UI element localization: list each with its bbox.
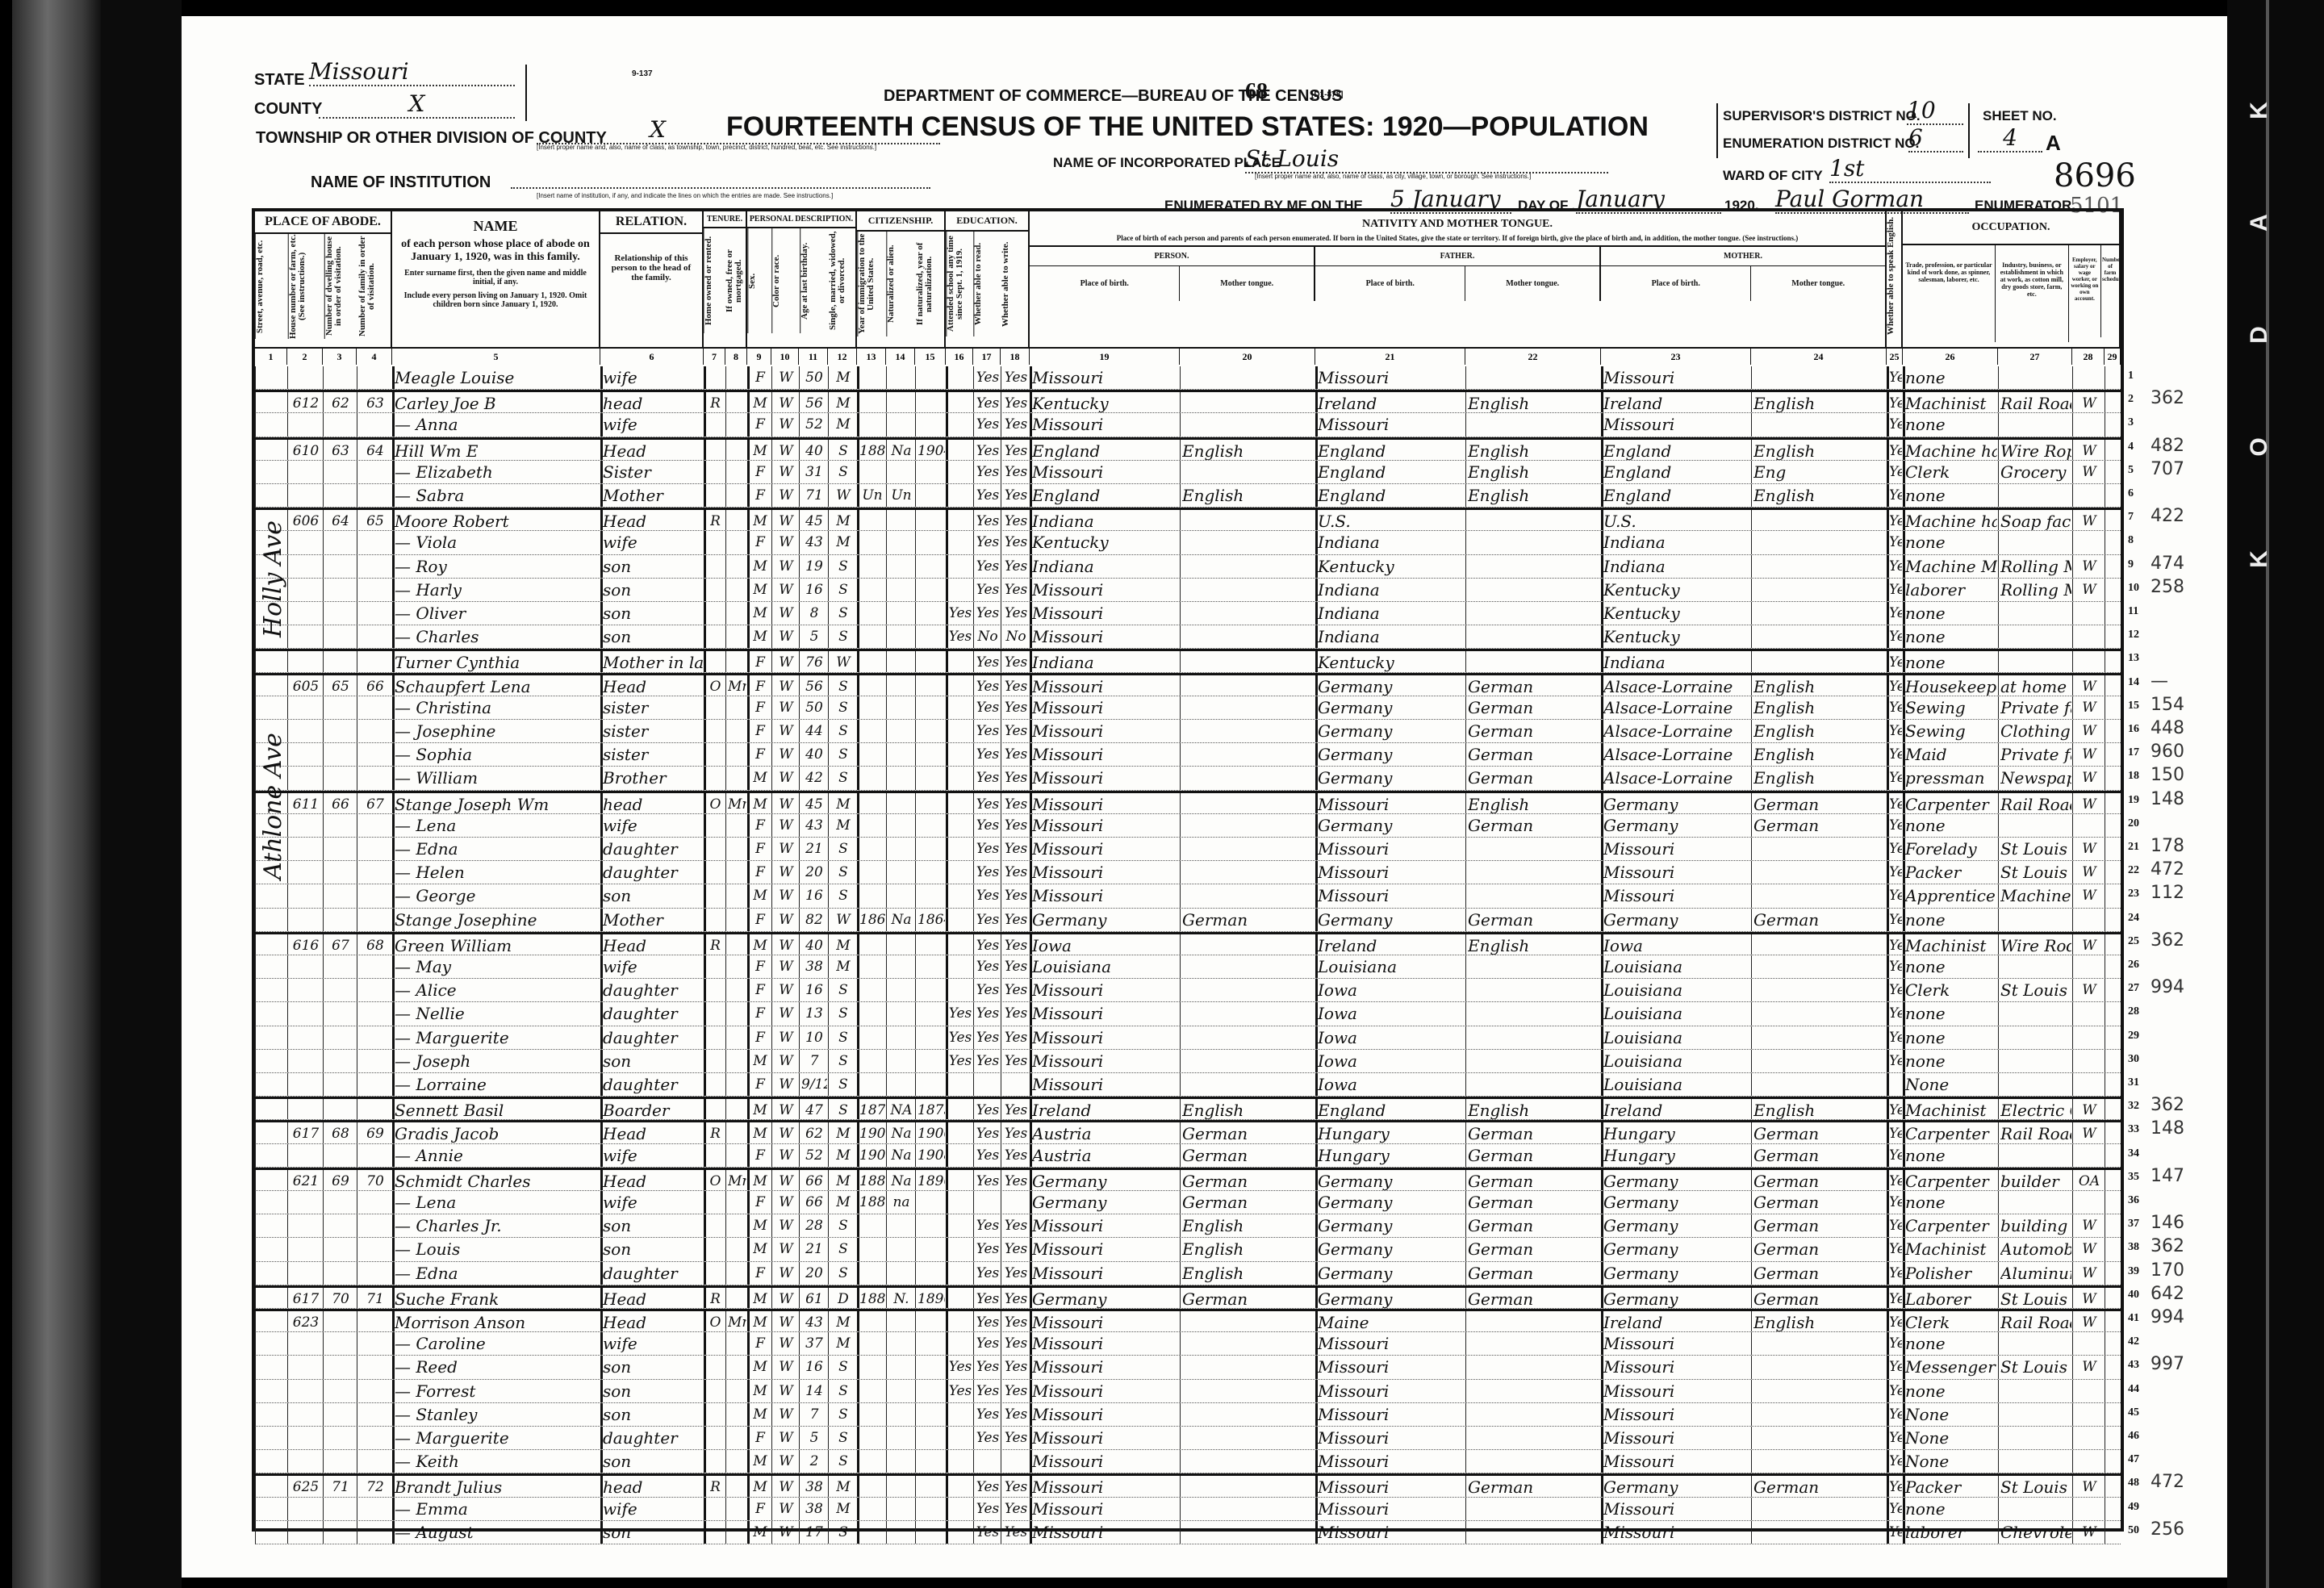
cell-trade: Carpenter <box>1905 793 1997 813</box>
cell-mbp: England <box>1603 484 1750 507</box>
cell-rel: daughter <box>603 1002 703 1025</box>
cell-cls: W <box>2075 861 2104 884</box>
cell-read: Yes <box>976 651 1000 671</box>
cell-name: Morrison Anson <box>395 1311 600 1331</box>
cell-own: R <box>706 392 725 412</box>
cell-name: — Christina <box>395 696 600 719</box>
cell-write: Yes <box>1003 1026 1029 1049</box>
cell-write: Yes <box>1003 1311 1029 1331</box>
cell-read: Yes <box>976 461 1000 483</box>
cell-write: Yes <box>1003 696 1029 719</box>
cell-fmt: German <box>1468 1476 1600 1496</box>
cell-mbp: Missouri <box>1603 1450 1750 1473</box>
cell-eng: Yes <box>1889 651 1902 671</box>
cell-mt: German <box>1182 1191 1315 1214</box>
film-brand-letter: D <box>2246 303 2273 367</box>
cell-age: 10 <box>801 1026 827 1049</box>
cell-name: — Josephine <box>395 720 600 742</box>
cell-trade: Sewing <box>1905 696 1997 719</box>
line-number: 10 <box>2128 582 2139 595</box>
cell-ms: S <box>830 1427 856 1449</box>
cell-rel: head <box>603 392 703 412</box>
cell-bp: Missouri <box>1032 579 1179 601</box>
cell-imm: Un <box>859 484 885 507</box>
column-number: 21 <box>1315 347 1465 365</box>
cell-ms: S <box>830 440 856 460</box>
cell-sex: M <box>750 510 771 530</box>
cell-bp: Missouri <box>1032 720 1179 742</box>
table-row: — HelendaughterFW20SYesYesMissouriMissou… <box>255 861 2121 884</box>
cell-ms: S <box>830 555 856 578</box>
film-shadow-left <box>101 0 182 1588</box>
cell-name: Turner Cynthia <box>395 651 600 671</box>
line-number: 48 <box>2128 1477 2139 1490</box>
cell-ms: S <box>830 1214 856 1237</box>
cell-ms: M <box>830 1498 856 1520</box>
cell-bp: Missouri <box>1032 793 1179 813</box>
cell-eng: Yes <box>1889 440 1902 460</box>
cell-fbp: Missouri <box>1318 413 1465 436</box>
cell-ms: W <box>830 909 856 931</box>
ward-label: WARD OF CITY <box>1723 168 1823 184</box>
cell-write: Yes <box>1003 602 1029 625</box>
cell-house: 605 <box>290 675 322 696</box>
cell-bp: Missouri <box>1032 696 1179 719</box>
cell-imm: 1880 <box>859 1170 885 1190</box>
cell-read: Yes <box>976 531 1000 554</box>
cell-race: W <box>774 743 798 766</box>
cell-natyr: 1906 <box>917 1122 945 1143</box>
cell-ind: Clothing Store <box>2000 720 2071 742</box>
cell-rel: son <box>603 1356 703 1378</box>
column-number: 22 <box>1465 347 1601 365</box>
line-number: 39 <box>2128 1265 2139 1278</box>
cell-race: W <box>774 934 798 955</box>
cell-mt: German <box>1182 1288 1315 1308</box>
cell-bp: Germany <box>1032 1288 1179 1308</box>
cell-trade: Clerk <box>1905 461 1997 483</box>
cell-age: 66 <box>801 1170 827 1190</box>
cell-ms: M <box>830 934 856 955</box>
cell-ms: M <box>830 510 856 530</box>
cell-nat: Na <box>888 909 914 931</box>
cell-trade: None <box>1905 1450 1997 1473</box>
cell-read: Yes <box>976 814 1000 837</box>
table-row: — SabraMotherFW71WUnUnYesYesEnglandEngli… <box>255 484 2121 508</box>
cell-sex: F <box>750 1002 771 1025</box>
cell-sex: F <box>750 1498 771 1520</box>
cell-sex: F <box>750 909 771 931</box>
line-number: 20 <box>2128 817 2139 830</box>
table-row: 6126263Carley Joe BheadRMW56MYesYesKentu… <box>255 390 2121 413</box>
column-number: 20 <box>1180 347 1315 365</box>
cell-rel: son <box>603 1238 703 1260</box>
cell-name: — Charles Jr. <box>395 1214 600 1237</box>
institution-value <box>511 187 930 189</box>
cell-age: 37 <box>801 1332 827 1355</box>
cell-bp: Germany <box>1032 909 1179 931</box>
cell-write: Yes <box>1003 720 1029 742</box>
cell-name: — Emma <box>395 1498 600 1520</box>
cell-bp: Missouri <box>1032 1521 1179 1544</box>
column-number: 14 <box>886 347 915 365</box>
cell-read: Yes <box>976 1238 1000 1260</box>
cell-ms: S <box>830 767 856 789</box>
cell-bp: Louisiana <box>1032 955 1179 978</box>
cell-sex: F <box>750 955 771 978</box>
cell-family: 63 <box>359 392 391 412</box>
form-code: [D1-878] <box>1311 90 1343 99</box>
cell-eng: Yes <box>1889 1262 1902 1285</box>
cell-race: W <box>774 696 798 719</box>
cell-fmt: German <box>1468 743 1600 766</box>
cell-mmt: English <box>1753 392 1886 412</box>
cell-eng: Yes <box>1889 1288 1902 1308</box>
cell-write: Yes <box>1003 979 1029 1001</box>
enumeration-label: ENUMERATION DISTRICT NO. <box>1723 136 1919 152</box>
cell-fbp: Missouri <box>1318 1521 1465 1544</box>
margin-code: 258 <box>2151 577 2184 597</box>
cell-sex: F <box>750 675 771 696</box>
cell-ind: Wire Rope Co <box>2000 440 2071 460</box>
cell-fbp: Germany <box>1318 675 1465 696</box>
film-brand-letter: O <box>2246 415 2273 479</box>
cell-rel: Head <box>603 1311 703 1331</box>
cell-eng: Yes <box>1889 1476 1902 1496</box>
cell-race: W <box>774 1099 798 1119</box>
sheet-value: 4 <box>1978 124 2042 153</box>
column-number: 19 <box>1030 347 1180 365</box>
cell-rel: daughter <box>603 1262 703 1285</box>
line-number: 28 <box>2128 1005 2139 1018</box>
cell-sch: Yes <box>948 602 972 625</box>
cell-own: R <box>706 1288 725 1308</box>
cell-race: W <box>774 1026 798 1049</box>
cell-cls: W <box>2075 1238 2104 1260</box>
cell-nat: na <box>888 1191 914 1214</box>
cell-ind: Wire Rod Mfg Co <box>2000 934 2071 955</box>
header-education: EDUCATION. Attended school any time sinc… <box>946 211 1030 347</box>
cell-age: 8 <box>801 602 827 625</box>
cell-race: W <box>774 1122 798 1143</box>
table-row: 6177071Suche FrankHeadRMW61D1886N.1890Ye… <box>255 1285 2121 1309</box>
cell-house: 617 <box>290 1122 322 1143</box>
cell-rel: daughter <box>603 838 703 860</box>
cell-age: 19 <box>801 555 827 578</box>
cell-rel: wife <box>603 814 703 837</box>
cell-ms: S <box>830 625 856 648</box>
cell-read: Yes <box>976 838 1000 860</box>
cell-fbp: Ireland <box>1318 392 1465 412</box>
cell-mmt: English <box>1753 767 1886 789</box>
cell-ms: S <box>830 1238 856 1260</box>
cell-fbp: Germany <box>1318 743 1465 766</box>
cell-cls: W <box>2075 1476 2104 1496</box>
table-row: Stange JosephineMotherFW82W1860Na1864Yes… <box>255 909 2121 932</box>
cell-mmt: German <box>1753 1238 1886 1260</box>
cell-bp: Kentucky <box>1032 531 1179 554</box>
line-number: 29 <box>2128 1030 2139 1043</box>
cell-name: — Sophia <box>395 743 600 766</box>
cell-fbp: Missouri <box>1318 1498 1465 1520</box>
cell-sch: Yes <box>948 1026 972 1049</box>
cell-mbp: Germany <box>1603 1262 1750 1285</box>
cell-rel: wife <box>603 955 703 978</box>
cell-eng: Yes <box>1889 720 1902 742</box>
cell-ind: Grocery <box>2000 461 2071 483</box>
film-brand-letter: K <box>2246 527 2273 591</box>
cell-write: Yes <box>1003 675 1029 696</box>
cell-read: Yes <box>976 720 1000 742</box>
cell-trade: laborer <box>1905 579 1997 601</box>
header-nativity: NATIVITY AND MOTHER TONGUE. Place of bir… <box>1030 211 1887 347</box>
cell-ms: S <box>830 675 856 696</box>
cell-imm: 1903 <box>859 1122 885 1143</box>
cell-bp: Missouri <box>1032 861 1179 884</box>
enumeration-value: 6 <box>1908 124 1963 153</box>
cell-fbp: England <box>1318 484 1465 507</box>
cell-age: 5 <box>801 1427 827 1449</box>
cell-read: Yes <box>976 767 1000 789</box>
line-number: 13 <box>2128 652 2139 665</box>
cell-mbp: Missouri <box>1603 1380 1750 1402</box>
cell-read: Yes <box>976 1170 1000 1190</box>
cell-cls: W <box>2075 793 2104 813</box>
cell-cls: OA <box>2075 1170 2104 1190</box>
column-number: 29 <box>2105 347 2121 365</box>
cell-read: Yes <box>976 1380 1000 1402</box>
cell-age: 50 <box>801 696 827 719</box>
cell-fbp: Germany <box>1318 1191 1465 1214</box>
cell-rel: daughter <box>603 979 703 1001</box>
line-number: 43 <box>2128 1359 2139 1372</box>
cell-eng: Yes <box>1889 1380 1902 1402</box>
cell-name: — Louis <box>395 1238 600 1260</box>
cell-rel: head <box>603 793 703 813</box>
state-label: STATE <box>254 71 305 90</box>
cell-trade: Clerk <box>1905 979 1997 1001</box>
cell-cls: W <box>2075 461 2104 483</box>
cell-mmt: German <box>1753 1288 1886 1308</box>
table-row: — JosephinesisterFW44SYesYesMissouriGerm… <box>255 720 2121 743</box>
cell-name: — William <box>395 767 600 789</box>
cell-race: W <box>774 1288 798 1308</box>
cell-family: 69 <box>359 1122 391 1143</box>
cell-read: Yes <box>976 1476 1000 1496</box>
cell-age: 66 <box>801 1191 827 1214</box>
cell-imm: 1903 <box>859 1144 885 1167</box>
cell-write: Yes <box>1003 767 1029 789</box>
cell-eng: Yes <box>1889 1026 1902 1049</box>
cell-sex: M <box>750 884 771 907</box>
cell-write: Yes <box>1003 1238 1029 1260</box>
stamp-number: 68 <box>1245 79 1268 105</box>
cell-imm: 1886 <box>859 1288 885 1308</box>
cell-fmt: German <box>1468 1122 1600 1143</box>
cell-write: Yes <box>1003 1262 1029 1285</box>
cell-rel: son <box>603 1450 703 1473</box>
table-row: — SophiasisterFW40SYesYesMissouriGermany… <box>255 743 2121 767</box>
cell-age: 44 <box>801 720 827 742</box>
cell-age: 45 <box>801 510 827 530</box>
cell-mmt: German <box>1753 1476 1886 1496</box>
cell-dwelling: 64 <box>325 510 356 530</box>
cell-fbp: Germany <box>1318 909 1465 931</box>
header-personal: PERSONAL DESCRIPTION. Sex.Color or race.… <box>747 211 857 347</box>
cell-fbp: Hungary <box>1318 1122 1465 1143</box>
cell-fbp: Missouri <box>1318 793 1465 813</box>
cell-mt: English <box>1182 484 1315 507</box>
cell-rel: Head <box>603 440 703 460</box>
cell-fmt: German <box>1468 814 1600 837</box>
line-number: 49 <box>2128 1501 2139 1514</box>
line-number: 8 <box>2128 534 2134 547</box>
cell-mort: Mm <box>728 675 746 696</box>
cell-cls: W <box>2075 1262 2104 1285</box>
cell-read: Yes <box>976 1214 1000 1237</box>
cell-bp: Missouri <box>1032 461 1179 483</box>
cell-rel: son <box>603 884 703 907</box>
cell-fbp: Kentucky <box>1318 651 1465 671</box>
cell-mbp: Missouri <box>1603 861 1750 884</box>
cell-read: Yes <box>976 1427 1000 1449</box>
cell-trade: none <box>1905 1380 1997 1402</box>
cell-ms: S <box>830 1026 856 1049</box>
table-row: — LouissonMW21SYesYesMissouriEnglishGerm… <box>255 1238 2121 1261</box>
cell-mbp: Germany <box>1603 1238 1750 1260</box>
cell-rel: son <box>603 555 703 578</box>
margin-code: 707 <box>2151 459 2184 479</box>
cell-race: W <box>774 884 798 907</box>
cell-cls: W <box>2075 1356 2104 1378</box>
cell-ms: S <box>830 884 856 907</box>
cell-name: Stange Josephine <box>395 909 600 931</box>
cell-name: Meagle Louise <box>395 366 600 389</box>
cell-natyr: 1875 <box>917 1099 945 1119</box>
table-row: — CarolinewifeFW37MYesYesMissouriMissour… <box>255 1332 2121 1356</box>
cell-eng: Yes <box>1889 1122 1902 1143</box>
cell-rel: Head <box>603 510 703 530</box>
cell-write: Yes <box>1003 1476 1029 1496</box>
cell-eng: Yes <box>1889 1332 1902 1355</box>
cell-sex: F <box>750 1262 771 1285</box>
cell-race: W <box>774 366 798 389</box>
margin-code: 362 <box>2151 1236 2184 1256</box>
cell-ms: M <box>830 1476 856 1496</box>
cell-write: Yes <box>1003 909 1029 931</box>
cell-write: Yes <box>1003 651 1029 671</box>
cell-ind: builder <box>2000 1170 2071 1190</box>
cell-rel: son <box>603 579 703 601</box>
cell-trade: none <box>1905 1002 1997 1025</box>
cell-trade: none <box>1905 531 1997 554</box>
cell-mbp: U.S. <box>1603 510 1750 530</box>
ward-value: 1st <box>1829 155 1991 183</box>
line-number: 42 <box>2128 1335 2139 1348</box>
cell-ind: St Louis Mfg Co <box>2000 1356 2071 1378</box>
cell-eng: Yes <box>1889 767 1902 789</box>
cell-read: Yes <box>976 484 1000 507</box>
cell-read: Yes <box>976 1099 1000 1119</box>
column-number: 7 <box>704 347 725 365</box>
institution-note: [Insert name of institution, if any, and… <box>537 192 833 199</box>
cell-trade: None <box>1905 1403 1997 1426</box>
cell-race: W <box>774 1262 798 1285</box>
cell-natyr: 1890 <box>917 1170 945 1190</box>
cell-mbp: Missouri <box>1603 1427 1750 1449</box>
cell-race: W <box>774 413 798 436</box>
cell-mort: Mm <box>728 1311 746 1331</box>
cell-bp: Missouri <box>1032 1403 1179 1426</box>
cell-sex: F <box>750 1144 771 1167</box>
cell-name: — Oliver <box>395 602 600 625</box>
cell-fbp: Hungary <box>1318 1144 1465 1167</box>
cell-age: 21 <box>801 1238 827 1260</box>
line-number: 7 <box>2128 511 2134 524</box>
cell-sex: F <box>750 979 771 1001</box>
form-number: 9-137 <box>632 69 653 78</box>
column-number: 11 <box>799 347 828 365</box>
table-row: — OliversonMW8SYesYesYesMissouriIndianaK… <box>255 602 2121 625</box>
film-strip-left <box>12 0 101 1588</box>
table-row: 6066465Moore RobertHeadRMW45MYesYesIndia… <box>255 508 2121 531</box>
cell-mbp: Missouri <box>1603 1403 1750 1426</box>
cell-fbp: Iowa <box>1318 979 1465 1001</box>
cell-mbp: Indiana <box>1603 555 1750 578</box>
cell-eng: Yes <box>1889 1191 1902 1214</box>
line-number: 40 <box>2128 1289 2139 1302</box>
cell-write: Yes <box>1003 1214 1029 1237</box>
cell-eng: Yes <box>1889 1521 1902 1544</box>
table-row: — AlicedaughterFW16SYesYesMissouriIowaLo… <box>255 979 2121 1002</box>
line-number: 17 <box>2128 746 2139 759</box>
cell-fmt: German <box>1468 1262 1600 1285</box>
cell-eng: Yes <box>1889 934 1902 955</box>
cell-bp: England <box>1032 440 1179 460</box>
margin-code: 362 <box>2151 388 2184 408</box>
line-number: 19 <box>2128 794 2139 807</box>
line-number: 44 <box>2128 1383 2139 1396</box>
cell-race: W <box>774 1214 798 1237</box>
cell-race: W <box>774 1191 798 1214</box>
cell-name: — Harly <box>395 579 600 601</box>
cell-rel: son <box>603 1214 703 1237</box>
cell-mbp: Louisiana <box>1603 1026 1750 1049</box>
cell-read: Yes <box>976 1026 1000 1049</box>
line-number: 11 <box>2128 605 2138 618</box>
table-row: — MargueritedaughterFW10SYesYesYesMissou… <box>255 1026 2121 1050</box>
table-row: 6216970Schmidt CharlesHeadOMmMW66M1880Na… <box>255 1168 2121 1191</box>
cell-read: Yes <box>976 1403 1000 1426</box>
cell-mbp: Germany <box>1603 814 1750 837</box>
cell-fbp: Germany <box>1318 696 1465 719</box>
line-number: 6 <box>2128 487 2134 500</box>
cell-mbp: Louisiana <box>1603 955 1750 978</box>
cell-sex: M <box>750 1238 771 1260</box>
cell-race: W <box>774 1427 798 1449</box>
cell-bp: Missouri <box>1032 1450 1179 1473</box>
table-row: — ForrestsonMW14SYesYesYesMissouriMissou… <box>255 1380 2121 1403</box>
cell-rel: son <box>603 602 703 625</box>
cell-bp: Missouri <box>1032 413 1179 436</box>
cell-mmt: German <box>1753 1170 1886 1190</box>
cell-trade: none <box>1905 1332 1997 1355</box>
cell-read: Yes <box>976 909 1000 931</box>
cell-write: No <box>1003 625 1029 648</box>
cell-write: Yes <box>1003 1380 1029 1402</box>
table-row: — ViolawifeFW43MYesYesKentuckyIndianaInd… <box>255 531 2121 554</box>
cell-ms: S <box>830 1002 856 1025</box>
